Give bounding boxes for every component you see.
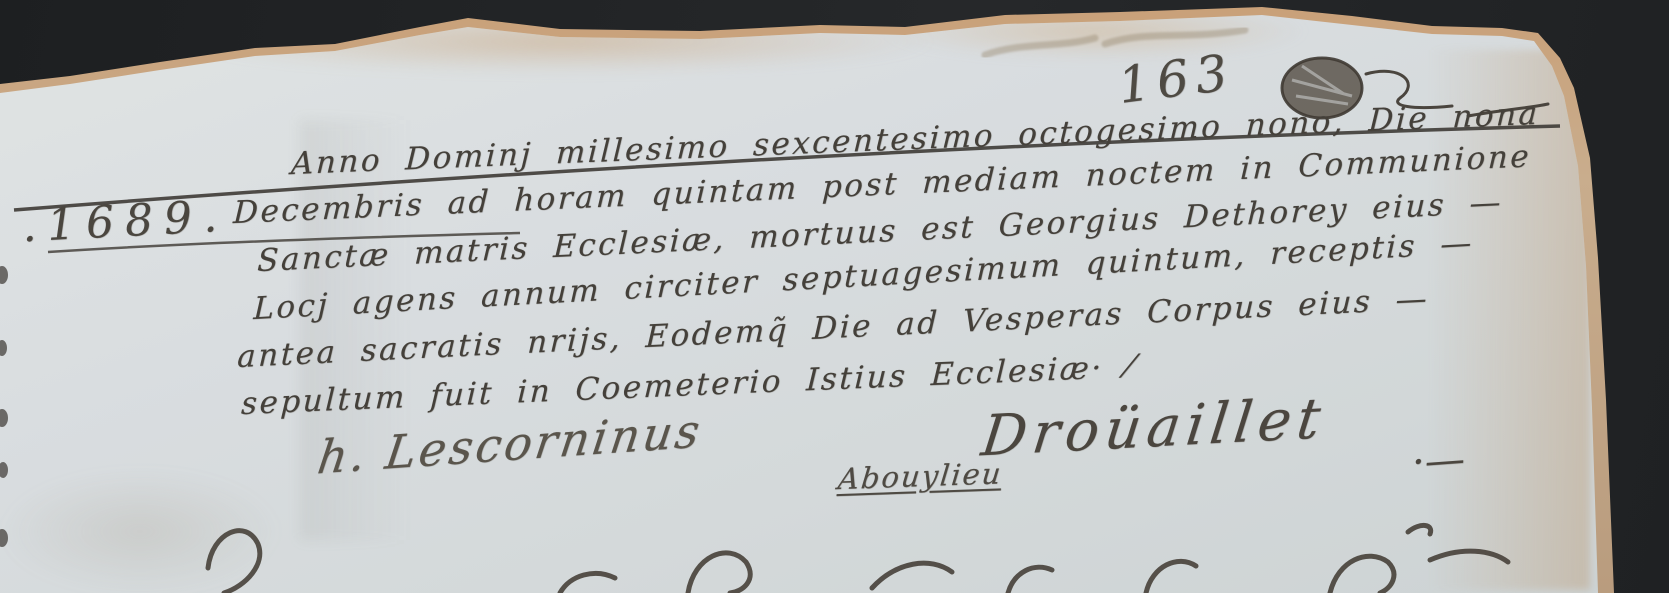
signature-flourish: ·— (1410, 436, 1466, 486)
next-entry-strokes (208, 525, 1508, 593)
binding-stitch-marks (0, 266, 8, 547)
bottom-left-shade (0, 470, 280, 593)
signature-main: Droüaillet (978, 386, 1330, 470)
page-number: 163 (1115, 43, 1238, 115)
paper-sheet: .1689. 163 Anno Dominj millesimo sexcent… (0, 0, 1669, 593)
photo-background: .1689. 163 Anno Dominj millesimo sexcent… (0, 0, 1669, 593)
margin-year: .1689. (21, 191, 229, 253)
